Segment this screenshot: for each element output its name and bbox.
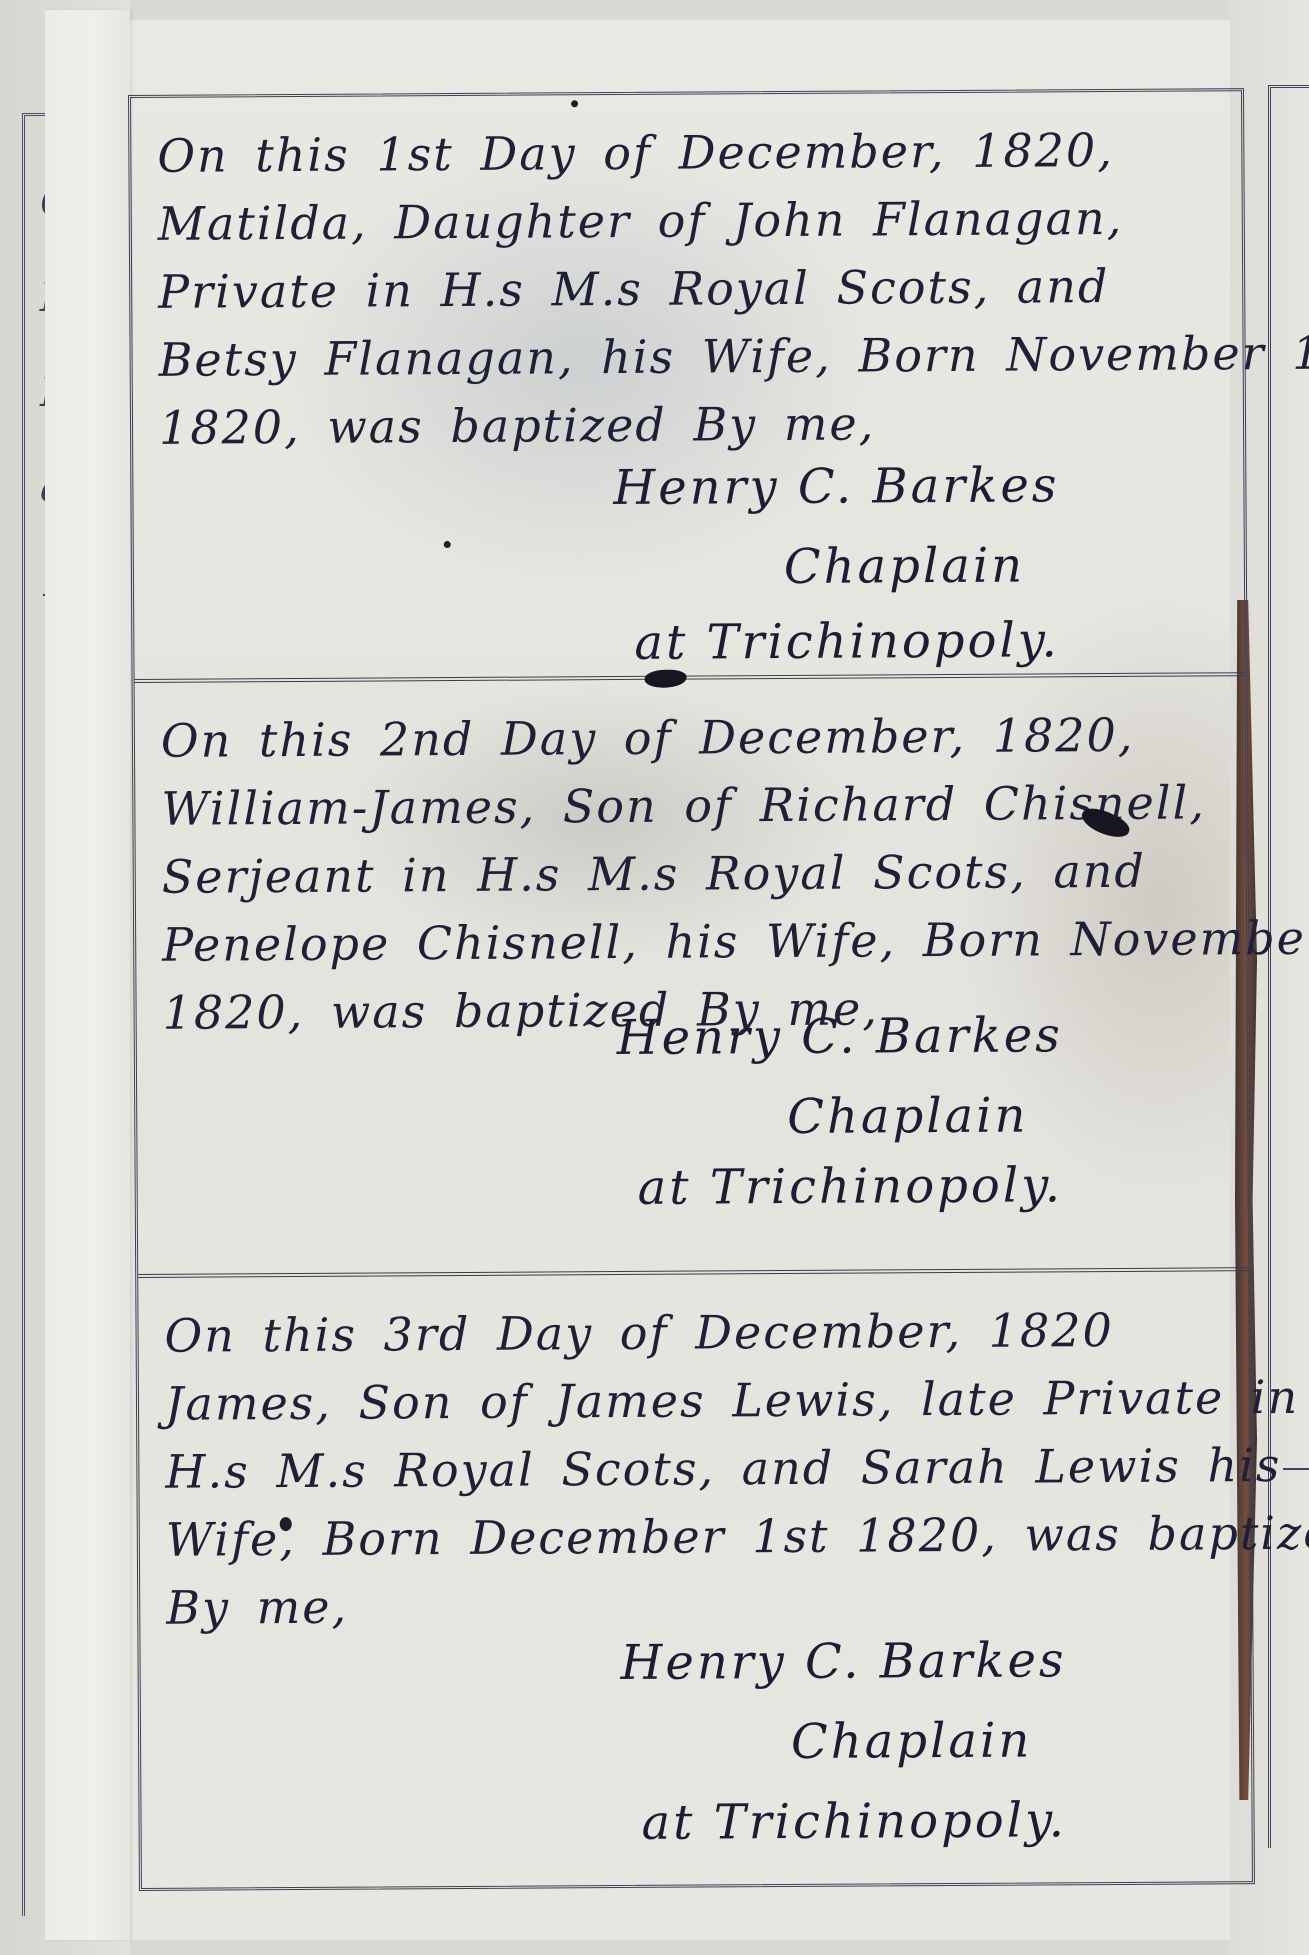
entry-3-line-1: On this 3rd Day of December, 1820 bbox=[164, 1295, 1218, 1369]
entry-2-signature: Henry C. Barkes bbox=[617, 1007, 1063, 1066]
entry-3-signature: Henry C. Barkes bbox=[620, 1632, 1066, 1691]
ink-dot bbox=[571, 100, 578, 107]
entry-1-line-2: Matilda, Daughter of John Flanagan, bbox=[158, 183, 1212, 257]
entry-1-line-1: On this 1st Day of December, 1820, bbox=[157, 115, 1211, 189]
entry-3-title: Chaplain bbox=[791, 1713, 1033, 1770]
entry-3-place: at Trichinopoly. bbox=[641, 1792, 1067, 1851]
entry-1-text: On this 1st Day of December, 1820, Matil… bbox=[157, 115, 1213, 461]
entry-2-title: Chaplain bbox=[787, 1088, 1029, 1145]
entry-2-line-2: William-James, Son of Richard Chisnell, bbox=[161, 768, 1215, 842]
entry-1-line-3: Private in H.s M.s Royal Scots, and bbox=[158, 251, 1212, 325]
paper-strip-left bbox=[45, 10, 130, 1940]
register-frame: On this 1st Day of December, 1820, Matil… bbox=[128, 88, 1255, 1891]
entry-1-title: Chaplain bbox=[784, 538, 1026, 595]
entry-3-text: On this 3rd Day of December, 1820 James,… bbox=[164, 1295, 1220, 1641]
entry-2-line-3: Serjeant in H.s M.s Royal Scots, and bbox=[162, 836, 1216, 910]
entry-1-line-4: Betsy Flanagan, his Wife, Born November … bbox=[158, 319, 1212, 393]
entry-1-line-5: 1820, was baptized By me, bbox=[159, 387, 1213, 461]
baptism-entry-1: On this 1st Day of December, 1820, Matil… bbox=[131, 91, 1245, 683]
baptism-entry-2: On this 2nd Day of December, 1820, Willi… bbox=[135, 676, 1249, 1278]
entry-3-line-5: By me, bbox=[166, 1567, 1220, 1641]
entry-2-line-1: On this 2nd Day of December, 1820, bbox=[161, 700, 1215, 774]
entry-1-signature: Henry C. Barkes bbox=[613, 457, 1059, 516]
entry-2-text: On this 2nd Day of December, 1820, Willi… bbox=[161, 700, 1217, 1046]
entry-2-line-4: Penelope Chisnell, his Wife, Born Novemb… bbox=[162, 904, 1216, 978]
entry-3-line-2: James, Son of James Lewis, late Private … bbox=[165, 1363, 1219, 1437]
entry-3-line-3: H.s M.s Royal Scots, and Sarah Lewis his bbox=[165, 1431, 1219, 1505]
entry-3-line-4: Wife, Born December 1st 1820, was baptiz… bbox=[166, 1499, 1220, 1573]
baptism-entry-3: On this 3rd Day of December, 1820 James,… bbox=[138, 1271, 1252, 1888]
ink-dot bbox=[280, 1517, 292, 1531]
ink-dot bbox=[444, 541, 451, 548]
entry-1-place: at Trichinopoly. bbox=[634, 612, 1060, 671]
entry-2-place: at Trichinopoly. bbox=[638, 1157, 1064, 1216]
